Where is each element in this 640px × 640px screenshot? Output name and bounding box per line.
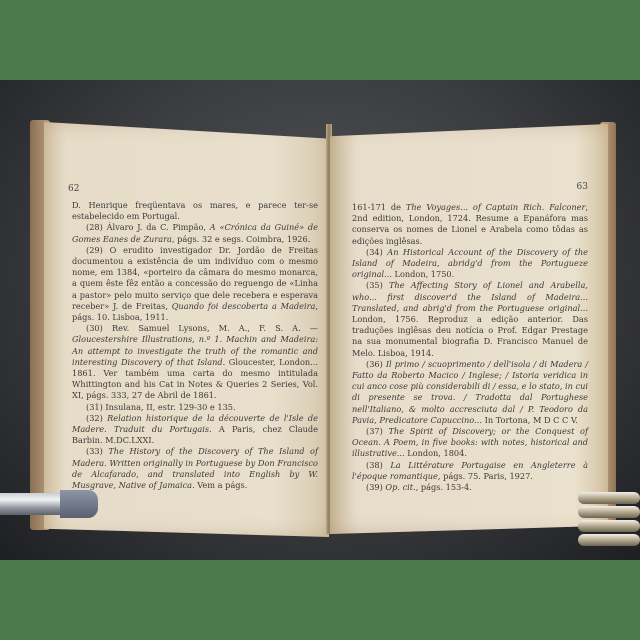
metal-page-weight (578, 492, 640, 556)
bottom-border (0, 560, 640, 640)
paragraph: 161-171 de The Voyages... of Captain Ric… (352, 202, 588, 247)
book-photo: 62 D. Henrique freqüentava os mares, e p… (0, 80, 640, 560)
top-border (0, 0, 640, 80)
footnote-31: (31) Insulana, II, estr. 129-30 e 135. (72, 402, 318, 413)
footnote-28: (28) Álvaro J. da C. Pimpão, A «Crónica … (72, 222, 318, 244)
paragraph: D. Henrique freqüentava os mares, e pare… (72, 200, 318, 222)
footnote-32: (32) Relation historique de la découvert… (72, 413, 318, 447)
footnote-30: (30) Rev. Samuel Lysons, M. A., F. S. A.… (72, 323, 318, 401)
footnote-29: (29) O erudito investigador Dr. Jordão d… (72, 245, 318, 323)
footnote-35: (35) The Affecting Story of Lionel and A… (352, 280, 588, 358)
footnote-33: (33) The History of the Discovery of The… (72, 446, 318, 491)
footnote-37: (37) The Spirit of Discovery; or the Con… (352, 426, 588, 460)
footnote-34: (34) An Historical Account of the Discov… (352, 247, 588, 281)
footnote-39: (39) Op. cit., págs. 153-4. (352, 482, 588, 493)
left-page: 62 D. Henrique freqüentava os mares, e p… (44, 122, 329, 537)
page-text: 161-171 de The Voyages... of Captain Ric… (352, 202, 588, 493)
page-number: 63 (577, 182, 588, 192)
metal-page-clip-tip (60, 490, 98, 518)
page-text: D. Henrique freqüentava os mares, e pare… (72, 200, 318, 491)
right-page: 63 161-171 de The Voyages... of Captain … (330, 124, 608, 534)
page-number: 62 (68, 184, 79, 194)
footnote-38: (38) La Littérature Portugaise en Anglet… (352, 460, 588, 482)
footnote-36: (36) Il primo / scuoprimento / dell'isol… (352, 359, 588, 426)
